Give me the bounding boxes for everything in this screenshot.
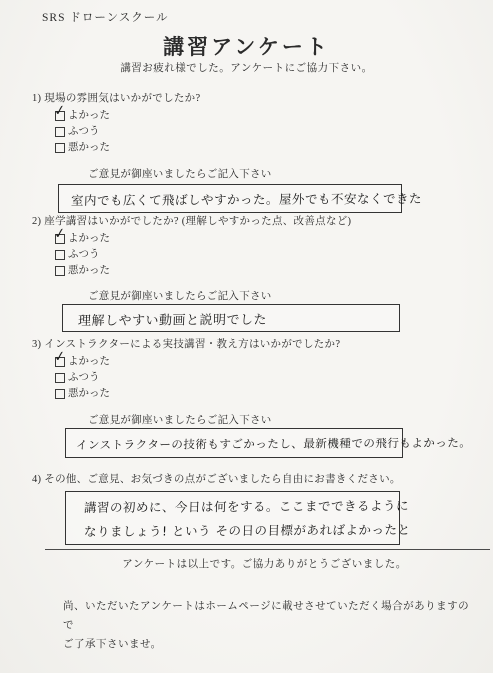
divider-line xyxy=(45,549,490,550)
checkbox-icon[interactable] xyxy=(55,357,65,367)
answer-box-4[interactable]: 講習の初めに、今日は何をする。ここまでできるように なりましょう! という その… xyxy=(65,491,400,545)
question-3: 3) インストラクターによる実技講習・教え方はいかがでしたか? よかった ふつう… xyxy=(32,338,483,458)
option-label: よかった xyxy=(68,354,110,370)
checkbox-icon[interactable] xyxy=(55,143,65,153)
comment-prompt: ご意見が御座いましたらご記入下さい xyxy=(88,288,483,303)
handwritten-answer-3: インストラクターの技術もすごかったし、最新機種での飛行もよかった。 xyxy=(76,435,402,453)
checkbox-icon[interactable] xyxy=(55,373,65,383)
answer-box-3[interactable]: インストラクターの技術もすごかったし、最新機種での飛行もよかった。 xyxy=(65,428,403,458)
option-label: 悪かった xyxy=(68,140,110,156)
survey-page: SRS ドローンスクール 講習アンケート 講習お疲れ様でした。アンケートにご協力… xyxy=(0,0,493,673)
option-normal[interactable]: ふつう xyxy=(55,370,483,386)
option-label: 悪かった xyxy=(68,386,110,402)
checkbox-icon[interactable] xyxy=(55,250,65,260)
question-3-label: 3) インストラクターによる実技講習・教え方はいかがでしたか? xyxy=(32,338,483,352)
question-1-options: よかった ふつう 悪かった xyxy=(55,108,483,156)
handwritten-answer-2: 理解しやすい動画と説明でした xyxy=(78,308,400,329)
question-2-label: 2) 座学講習はいかがでしたか? (理解しやすかった点、改善点など) xyxy=(32,215,483,229)
footer-note-line2: ご了承下さいませ。 xyxy=(63,635,473,654)
page-title: 講習アンケート xyxy=(0,31,493,61)
option-bad[interactable]: 悪かった xyxy=(55,140,483,156)
option-normal[interactable]: ふつう xyxy=(55,124,483,140)
question-3-options: よかった ふつう 悪かった xyxy=(55,354,483,402)
option-good[interactable]: よかった xyxy=(55,108,483,124)
comment-prompt: ご意見が御座いましたらご記入下さい xyxy=(88,166,483,181)
question-1-label: 1) 現場の雰囲気はいかがでしたか? xyxy=(32,92,483,106)
handwritten-answer-4-line2: なりましょう! という その日の目標があればよかったと xyxy=(84,518,400,544)
option-good[interactable]: よかった xyxy=(55,354,483,370)
school-name: SRS ドローンスクール xyxy=(42,9,169,25)
checkbox-icon[interactable] xyxy=(55,234,65,244)
option-normal[interactable]: ふつう xyxy=(55,247,483,263)
option-label: ふつう xyxy=(68,247,100,263)
question-2-options: よかった ふつう 悪かった xyxy=(55,231,483,279)
comment-prompt: ご意見が御座いましたらご記入下さい xyxy=(88,412,483,427)
option-label: よかった xyxy=(68,231,110,247)
answer-box-1[interactable]: 室内でも広くて飛ばしやすかった。屋外でも不安なくできた xyxy=(58,184,402,213)
footer-note-line1: 尚、いただいたアンケートはホームページに載せさせていただく場合がありますので xyxy=(63,597,473,635)
option-label: よかった xyxy=(68,108,110,124)
checkbox-icon[interactable] xyxy=(55,111,65,121)
question-4: 4) その他、ご意見、お気づきの点がございましたら自由にお書きください。 講習の… xyxy=(32,473,483,545)
question-2: 2) 座学講習はいかがでしたか? (理解しやすかった点、改善点など) よかった … xyxy=(32,215,483,332)
option-bad[interactable]: 悪かった xyxy=(55,263,483,279)
page-subtitle: 講習お疲れ様でした。アンケートにご協力下さい。 xyxy=(0,60,493,75)
option-label: 悪かった xyxy=(68,263,110,279)
option-bad[interactable]: 悪かった xyxy=(55,386,483,402)
option-label: ふつう xyxy=(68,370,100,386)
checkbox-icon[interactable] xyxy=(55,266,65,276)
question-4-label: 4) その他、ご意見、お気づきの点がございましたら自由にお書きください。 xyxy=(32,473,483,487)
checkbox-icon[interactable] xyxy=(55,127,65,137)
answer-box-2[interactable]: 理解しやすい動画と説明でした xyxy=(62,304,400,332)
footer-note: 尚、いただいたアンケートはホームページに載せさせていただく場合がありますので ご… xyxy=(63,597,473,654)
question-1: 1) 現場の雰囲気はいかがでしたか? よかった ふつう 悪かった ご意見が御座い… xyxy=(32,92,483,213)
option-label: ふつう xyxy=(68,124,100,140)
checkbox-icon[interactable] xyxy=(55,389,65,399)
closing-text: アンケートは以上です。ご協力ありがとうございました。 xyxy=(0,556,493,571)
handwritten-answer-4-line1: 講習の初めに、今日は何をする。ここまでできるように xyxy=(84,494,400,520)
option-good[interactable]: よかった xyxy=(55,231,483,247)
handwritten-answer-1: 室内でも広くて飛ばしやすかった。屋外でも不安なくできた xyxy=(71,189,402,209)
